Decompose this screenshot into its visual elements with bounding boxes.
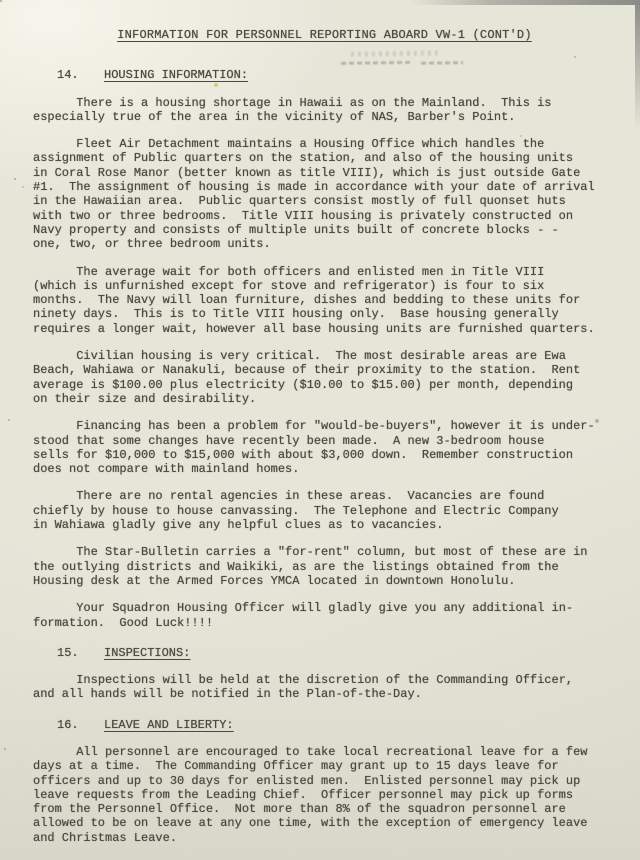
paragraph: The Star-Bulletin carries a "for-rent" c…: [33, 545, 616, 588]
paragraph: Inspections will be held at the discreti…: [33, 673, 616, 702]
section-number: 14.: [57, 68, 79, 82]
paragraph: All personnel are encouraged to take loc…: [33, 745, 616, 845]
scan-edge-top: [410, 0, 640, 5]
section-title: INSPECTIONS:: [104, 646, 190, 660]
section-housing-information: 14.HOUSING INFORMATION: There is a housi…: [33, 68, 616, 630]
section-15-heading: 15.INSPECTIONS:: [57, 646, 616, 660]
paragraph: There are no rental agencies in these ar…: [33, 489, 616, 532]
paper-speckles: [0, 0, 2, 2]
section-number: 16.: [57, 718, 79, 732]
section-16-heading: 16.LEAVE AND LIBERTY:: [57, 718, 616, 732]
document-page: INFORMATION FOR PERSONNEL REPORTING ABOA…: [0, 0, 640, 860]
paragraph: Your Squadron Housing Officer will gladl…: [33, 601, 616, 630]
paragraph: The average wait for both officers and e…: [33, 265, 616, 336]
section-title: LEAVE AND LIBERTY:: [104, 718, 234, 732]
paragraph: Fleet Air Detachment maintains a Housing…: [33, 137, 616, 251]
section-number: 15.: [57, 646, 79, 660]
document-title: INFORMATION FOR PERSONNEL REPORTING ABOA…: [33, 28, 616, 42]
scan-edge-right: [635, 0, 640, 130]
paragraph: There is a housing shortage in Hawaii as…: [33, 96, 616, 125]
paragraph: Financing has been a problem for "would-…: [33, 419, 616, 476]
paragraph: Civilian housing is very critical. The m…: [33, 349, 616, 406]
section-14-heading: 14.HOUSING INFORMATION:: [57, 68, 616, 82]
erased-text-smudge: [341, 56, 463, 69]
section-leave-and-liberty: 16.LEAVE AND LIBERTY: All personnel are …: [33, 718, 616, 845]
section-title: HOUSING INFORMATION:: [104, 68, 248, 82]
section-inspections: 15.INSPECTIONS: Inspections will be held…: [33, 646, 616, 702]
